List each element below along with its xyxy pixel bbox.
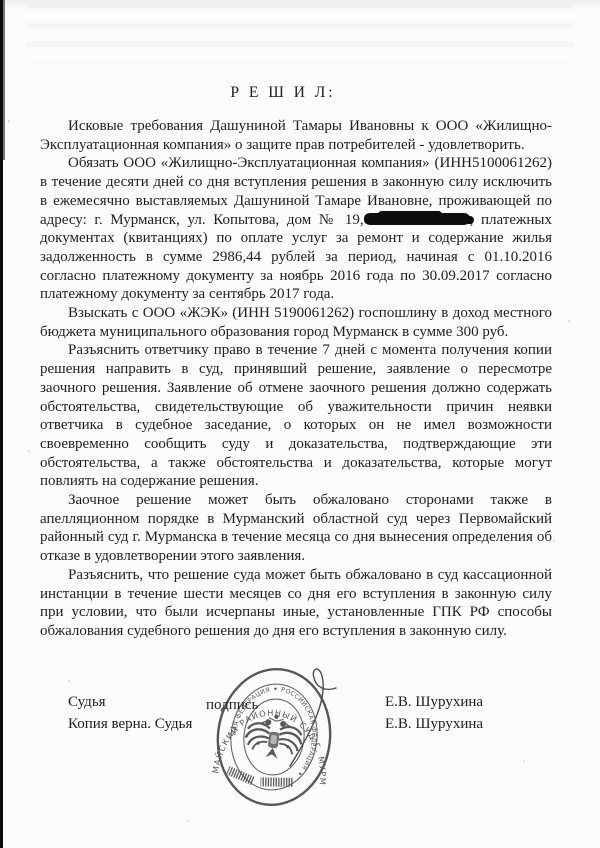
paragraph-obligation: Обязать ООО «Жилищно-Эксплуатационная ко… — [40, 154, 552, 304]
paragraph-cassation: Разъяснить, что решение суда может быть … — [40, 566, 552, 641]
stamp-hatch-block-right — [260, 777, 292, 787]
redacted-address-block — [364, 213, 470, 225]
decision-text-block: Р Е Ш И Л: Исковые требования Дашуниной … — [40, 84, 552, 641]
judge-name-line-2: Е.В. Шурухина — [385, 716, 483, 733]
signature-placeholder-word: подпись — [206, 697, 258, 714]
paragraph-review-rights: Разъяснить ответчику право в течение 7 д… — [40, 341, 552, 491]
paragraph-appeal-procedure: Заочное решение может быть обжаловано ст… — [40, 491, 552, 566]
scanned-court-decision-page: Р Е Ш И Л: Исковые требования Дашуниной … — [0, 0, 600, 848]
decision-heading-text: Р Е Ш И Л: — [230, 84, 335, 101]
copy-certified-label: Копия верна. Судья — [68, 716, 192, 733]
paragraph-state-duty: Взыскать с ООО «ЖЭК» (ИНН 5190061262) го… — [40, 304, 552, 341]
handwritten-signature-stroke — [282, 662, 352, 772]
reverse-side-bleed-through — [26, 4, 574, 62]
judge-name-line-1: Е.В. Шурухина — [385, 694, 483, 711]
judge-label: Судья — [68, 694, 106, 711]
scan-noise-speckles — [8, 120, 10, 122]
paragraph-claims-satisfied: Исковые требования Дашуниной Тамары Иван… — [40, 117, 552, 154]
decision-heading: Р Е Ш И Л: — [27, 84, 539, 102]
scan-edge-artifact — [0, 0, 3, 848]
